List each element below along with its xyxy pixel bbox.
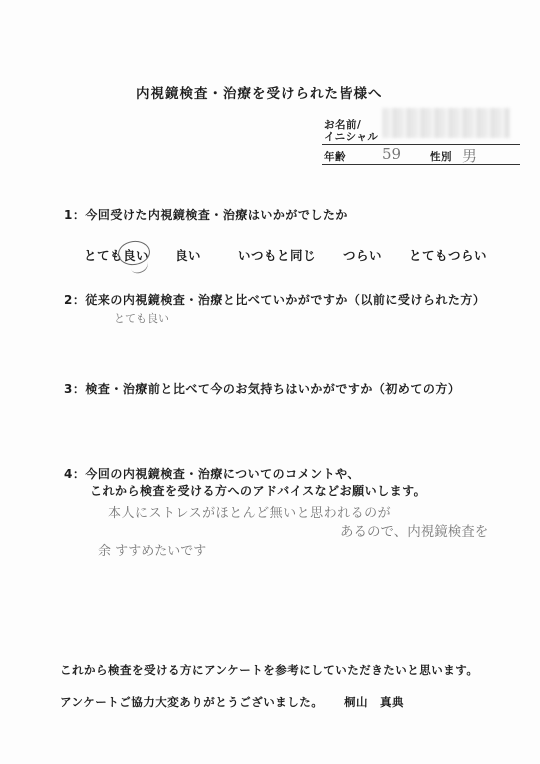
sex-value: 男 bbox=[462, 145, 477, 166]
question-3-number: 3： bbox=[64, 382, 85, 396]
name-label-line2: イニシャル bbox=[324, 129, 378, 144]
sex-label: 性別 bbox=[430, 149, 452, 164]
question-1-text: 今回受けた内視鏡検査・治療はいかがでしたか bbox=[85, 208, 348, 222]
question-4-text-line2: これから検査を受ける方へのアドバイスなどお願いします。 bbox=[90, 482, 426, 499]
question-3-text: 検査・治療前と比べて今のお気持ちはいかがですか（初めての方） bbox=[85, 382, 460, 396]
question-3: 3：検査・治療前と比べて今のお気持ちはいかがですか（初めての方） bbox=[64, 380, 460, 397]
name-redacted-area bbox=[382, 108, 510, 138]
option-very-hard[interactable]: とてもつらい bbox=[409, 246, 487, 264]
footer-line2: アンケートご協力大変ありがとうございました。 bbox=[60, 694, 323, 710]
question-2-answer: とても良い bbox=[114, 310, 169, 326]
age-label: 年齢 bbox=[324, 149, 346, 164]
option-hard[interactable]: つらい bbox=[343, 246, 382, 264]
question-1: 1：今回受けた内視鏡検査・治療はいかがでしたか bbox=[64, 206, 348, 223]
question-4-answer-line2: 余 すすめたいです bbox=[98, 540, 206, 559]
question-2-text: 従来の内視鏡検査・治療と比べていかがですか（以前に受けられた方） bbox=[85, 293, 485, 307]
option-same-as-usual[interactable]: いつもと同じ bbox=[238, 246, 316, 264]
question-4-number: 4： bbox=[64, 467, 85, 481]
question-4-answer-line1b: あるので、内視鏡検査を bbox=[340, 520, 488, 540]
question-1-number: 1： bbox=[64, 208, 85, 222]
question-4-answer-line1: 本人にストレスがほとんど無いと思われるのが bbox=[108, 502, 391, 521]
footer-signature: 桐山 真典 bbox=[344, 694, 404, 710]
name-underline bbox=[322, 144, 520, 145]
question-2-number: 2： bbox=[64, 293, 85, 307]
page-title: 内視鏡検査・治療を受けられた皆様へ bbox=[136, 82, 383, 102]
question-2: 2：従来の内視鏡検査・治療と比べていかがですか（以前に受けられた方） bbox=[64, 291, 485, 308]
age-value: 59 bbox=[382, 145, 401, 163]
question-4: 4：今回の内視鏡検査・治療についてのコメントや、 bbox=[64, 465, 360, 482]
survey-page: { "title": "内視鏡検査・治療を受けられた皆様へ", "respond… bbox=[0, 0, 540, 764]
age-sex-underline bbox=[322, 164, 520, 165]
footer-line1: これから検査を受ける方にアンケートを参考にしていただきたいと思います。 bbox=[60, 662, 478, 678]
question-4-text-line1: 今回の内視鏡検査・治療についてのコメントや、 bbox=[85, 467, 360, 481]
option-good[interactable]: 良い bbox=[175, 246, 201, 264]
